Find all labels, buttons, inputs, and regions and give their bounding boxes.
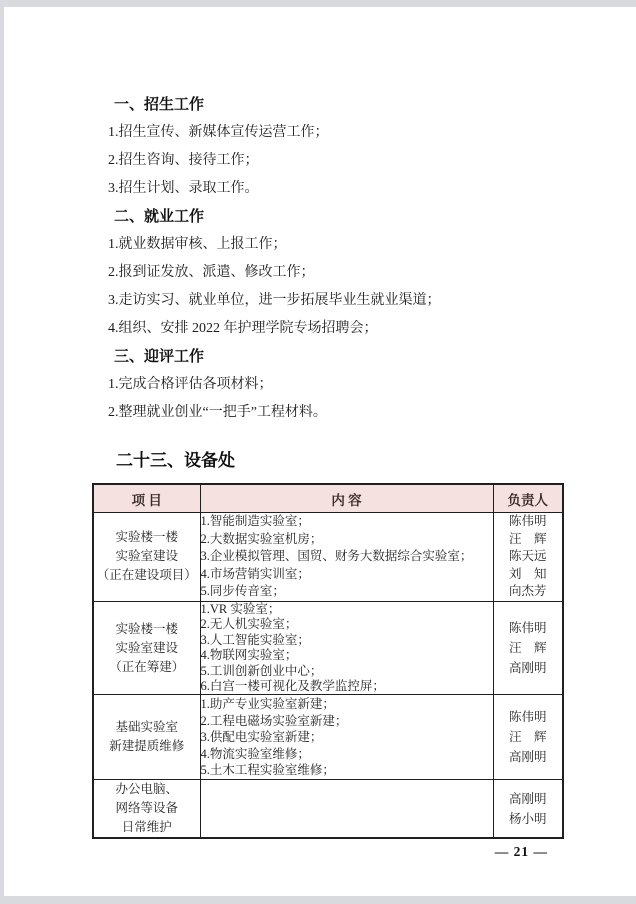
col-header-persons: 负责人 bbox=[493, 484, 563, 513]
section-heading: 一、招生工作 bbox=[114, 91, 570, 119]
cell-persons: 高刚明 杨小明 bbox=[493, 780, 563, 839]
cell-persons: 陈伟明 汪 辉 高刚明 bbox=[493, 695, 563, 780]
list-item: 3.招生计划、录取工作。 bbox=[108, 175, 570, 203]
cell-project: 实验楼一楼 实验室建设 （正在筹建） bbox=[93, 601, 200, 694]
table-row: 基础实验室 新建提质维修 1.助产专业实验室新建； 2.工程电磁场实验室新建； … bbox=[93, 695, 563, 780]
table-row: 实验楼一楼 实验室建设 （正在建设项目） 1.智能制造实验室； 2.大数据实验室… bbox=[93, 513, 563, 602]
equipment-table: 项 目 内 容 负责人 实验楼一楼 实验室建设 （正在建设项目） 1.智能制造实… bbox=[92, 483, 564, 839]
section-heading: 二、就业工作 bbox=[114, 203, 570, 231]
section-recruitment: 一、招生工作 1.招生宣传、新媒体宣传运营工作； 2.招生咨询、接待工作； 3.… bbox=[92, 91, 570, 203]
section-employment: 二、就业工作 1.就业数据审核、上报工作； 2.报到证发放、派遣、修改工作； 3… bbox=[92, 203, 570, 343]
cell-content bbox=[200, 780, 493, 839]
cell-project: 办公电脑、 网络等设备 日常维护 bbox=[93, 780, 200, 839]
document-content: 一、招生工作 1.招生宣传、新媒体宣传运营工作； 2.招生咨询、接待工作； 3.… bbox=[92, 91, 570, 839]
list-item: 2.整理就业创业“一把手”工程材料。 bbox=[108, 399, 570, 427]
col-header-project: 项 目 bbox=[93, 484, 200, 513]
cell-content: 1.智能制造实验室； 2.大数据实验室机房； 3.企业模拟管理、国贸、财务大数据… bbox=[200, 513, 493, 602]
document-viewport: { "page": { "number": "— 21 —" }, "secti… bbox=[0, 0, 636, 904]
col-header-content: 内 容 bbox=[200, 484, 493, 513]
list-item: 2.招生咨询、接待工作； bbox=[108, 147, 570, 175]
page-number: — 21 — bbox=[495, 844, 548, 860]
section-heading: 三、迎评工作 bbox=[114, 343, 570, 371]
cell-project: 基础实验室 新建提质维修 bbox=[93, 695, 200, 780]
section-evaluation: 三、迎评工作 1.完成合格评估各项材料； 2.整理就业创业“一把手”工程材料。 bbox=[92, 343, 570, 427]
list-item: 3.走访实习、就业单位，进一步拓展毕业生就业渠道； bbox=[108, 287, 570, 315]
list-item: 1.完成合格评估各项材料； bbox=[108, 371, 570, 399]
table-header-row: 项 目 内 容 负责人 bbox=[93, 484, 563, 513]
list-item: 2.报到证发放、派遣、修改工作； bbox=[108, 259, 570, 287]
table-row: 办公电脑、 网络等设备 日常维护 高刚明 杨小明 bbox=[93, 780, 563, 839]
cell-persons: 陈伟明 汪 辉 陈天远 刘 知 向杰芳 bbox=[493, 513, 563, 602]
list-item: 1.就业数据审核、上报工作； bbox=[108, 231, 570, 259]
list-item: 4.组织、安排 2022 年护理学院专场招聘会； bbox=[108, 315, 570, 343]
cell-content: 1.VR 实验室； 2.无人机实验室； 3.人工智能实验室； 4.物联网实验室；… bbox=[200, 601, 493, 694]
cell-content: 1.助产专业实验室新建； 2.工程电磁场实验室新建； 3.供配电实验室新建； 4… bbox=[200, 695, 493, 780]
cell-project: 实验楼一楼 实验室建设 （正在建设项目） bbox=[93, 513, 200, 602]
list-item: 1.招生宣传、新媒体宣传运营工作； bbox=[108, 119, 570, 147]
document-page: 一、招生工作 1.招生宣传、新媒体宣传运营工作； 2.招生咨询、接待工作； 3.… bbox=[4, 7, 636, 896]
department-heading: 二十三、设备处 bbox=[116, 449, 570, 473]
table-row: 实验楼一楼 实验室建设 （正在筹建） 1.VR 实验室； 2.无人机实验室； 3… bbox=[93, 601, 563, 694]
cell-persons: 陈伟明 汪 辉 高刚明 bbox=[493, 601, 563, 694]
